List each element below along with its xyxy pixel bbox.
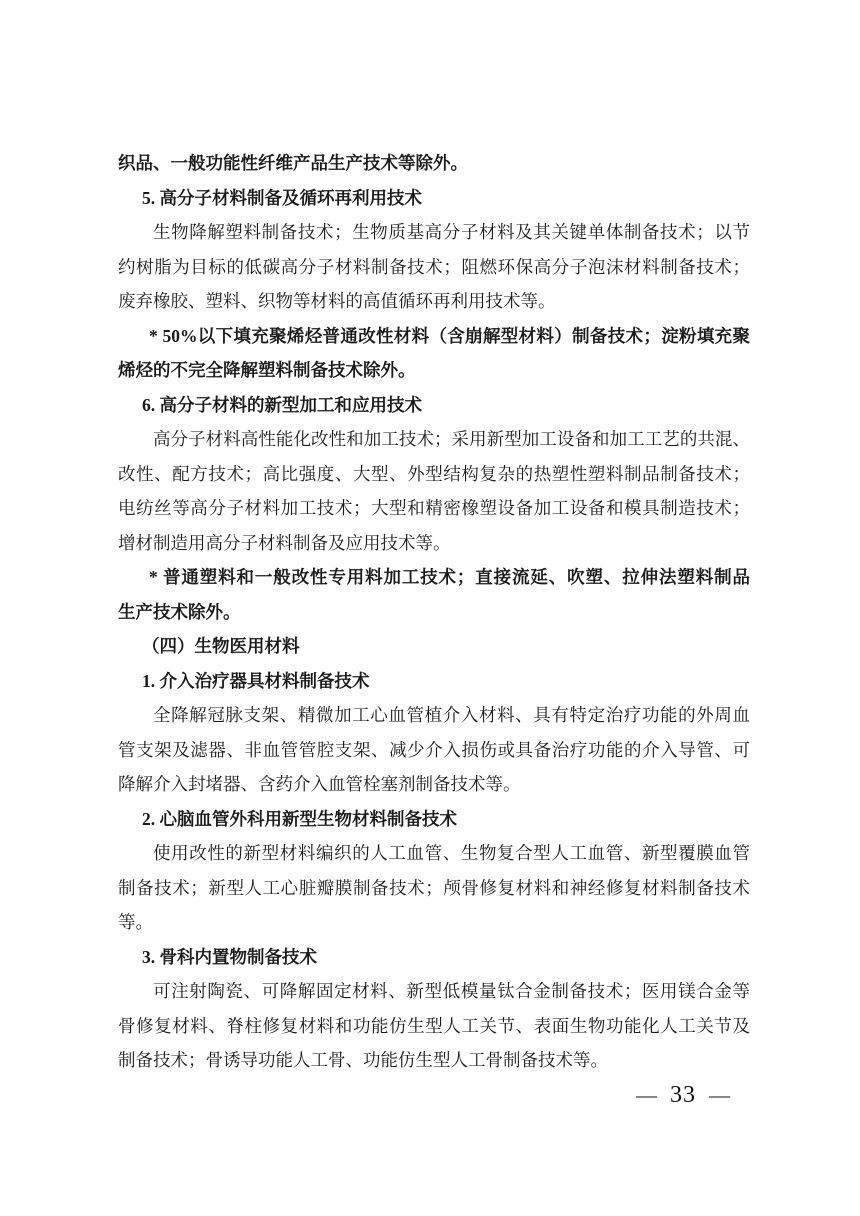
text-line: 约树脂为目标的低碳高分子材料制备技术；阻燃环保高分子泡沫材料制备技术；: [118, 250, 750, 285]
text-line: 2. 心脑血管外科用新型生物材料制备技术: [118, 802, 750, 837]
paragraph: 使用改性的新型材料编织的人工血管、生物复合型人工血管、新型覆膜血管制备技术；新型…: [118, 836, 750, 940]
text-line: * 50%以下填充聚烯烃普通改性材料（含崩解型材料）制备技术；淀粉填充聚: [118, 319, 750, 354]
text-line: 5. 高分子材料制备及循环再利用技术: [118, 181, 750, 216]
text-line: 烯烃的不完全降解塑料制备技术除外。: [118, 353, 750, 388]
text-line: * 普通塑料和一般改性专用料加工技术；直接流延、吹塑、拉伸法塑料制品: [118, 560, 750, 595]
text-line: 可注射陶瓷、可降解固定材料、新型低模量钛合金制备技术；医用镁合金等: [118, 974, 750, 1009]
text-line: 生物降解塑料制备技术；生物质基高分子材料及其关键单体制备技术；以节: [118, 215, 750, 250]
document-page: 织品、一般功能性纤维产品生产技术等除外。5. 高分子材料制备及循环再利用技术生物…: [0, 0, 860, 1216]
text-line: 3. 骨科内置物制备技术: [118, 940, 750, 975]
text-line: 电纺丝等高分子材料加工技术；大型和精密橡塑设备加工设备和模具制造技术；: [118, 491, 750, 526]
text-line: 使用改性的新型材料编织的人工血管、生物复合型人工血管、新型覆膜血管: [118, 836, 750, 871]
page-number: 33: [670, 1080, 696, 1110]
paragraph: 3. 骨科内置物制备技术: [118, 940, 750, 975]
paragraph: 6. 高分子材料的新型加工和应用技术: [118, 388, 750, 423]
text-line: 降解介入封堵器、含药介入血管栓塞剂制备技术等。: [118, 767, 750, 802]
text-line: 全降解冠脉支架、精微加工心血管植介入材料、具有特定治疗功能的外周血: [118, 698, 750, 733]
text-line: 骨修复材料、脊柱修复材料和功能仿生型人工关节、表面生物功能化人工关节及: [118, 1009, 750, 1044]
paragraph: * 50%以下填充聚烯烃普通改性材料（含崩解型材料）制备技术；淀粉填充聚烯烃的不…: [118, 319, 750, 388]
footer-dash-left: —: [636, 1080, 657, 1110]
paragraph: 织品、一般功能性纤维产品生产技术等除外。: [118, 146, 750, 181]
text-line: 增材制造用高分子材料制备及应用技术等。: [118, 526, 750, 561]
document-body: 织品、一般功能性纤维产品生产技术等除外。5. 高分子材料制备及循环再利用技术生物…: [118, 146, 750, 1078]
paragraph: 可注射陶瓷、可降解固定材料、新型低模量钛合金制备技术；医用镁合金等骨修复材料、脊…: [118, 974, 750, 1078]
text-line: 等。: [118, 905, 750, 940]
text-line: 高分子材料高性能化改性和加工技术；采用新型加工设备和加工工艺的共混、: [118, 422, 750, 457]
text-line: 改性、配方技术；高比强度、大型、外型结构复杂的热塑性塑料制品制备技术；: [118, 457, 750, 492]
text-line: 织品、一般功能性纤维产品生产技术等除外。: [118, 146, 750, 181]
paragraph: 全降解冠脉支架、精微加工心血管植介入材料、具有特定治疗功能的外周血管支架及滤器、…: [118, 698, 750, 802]
paragraph: 2. 心脑血管外科用新型生物材料制备技术: [118, 802, 750, 837]
paragraph: 5. 高分子材料制备及循环再利用技术: [118, 181, 750, 216]
paragraph: * 普通塑料和一般改性专用料加工技术；直接流延、吹塑、拉伸法塑料制品生产技术除外…: [118, 560, 750, 629]
text-line: 制备技术；新型人工心脏瓣膜制备技术；颅骨修复材料和神经修复材料制备技术: [118, 871, 750, 906]
text-line: 管支架及滤器、非血管管腔支架、减少介入损伤或具备治疗功能的介入导管、可: [118, 733, 750, 768]
paragraph: 生物降解塑料制备技术；生物质基高分子材料及其关键单体制备技术；以节约树脂为目标的…: [118, 215, 750, 319]
text-line: 1. 介入治疗器具材料制备技术: [118, 664, 750, 699]
text-line: 6. 高分子材料的新型加工和应用技术: [118, 388, 750, 423]
paragraph: 高分子材料高性能化改性和加工技术；采用新型加工设备和加工工艺的共混、改性、配方技…: [118, 422, 750, 560]
text-line: （四）生物医用材料: [118, 629, 750, 664]
footer-dash-right: —: [709, 1080, 730, 1110]
paragraph: 1. 介入治疗器具材料制备技术: [118, 664, 750, 699]
text-line: 制备技术；骨诱导功能人工骨、功能仿生型人工骨制备技术等。: [118, 1043, 750, 1078]
page-footer: — 33 —: [636, 1080, 730, 1110]
paragraph: （四）生物医用材料: [118, 629, 750, 664]
text-line: 生产技术除外。: [118, 595, 750, 630]
text-line: 废弃橡胶、塑料、织物等材料的高值循环再利用技术等。: [118, 284, 750, 319]
